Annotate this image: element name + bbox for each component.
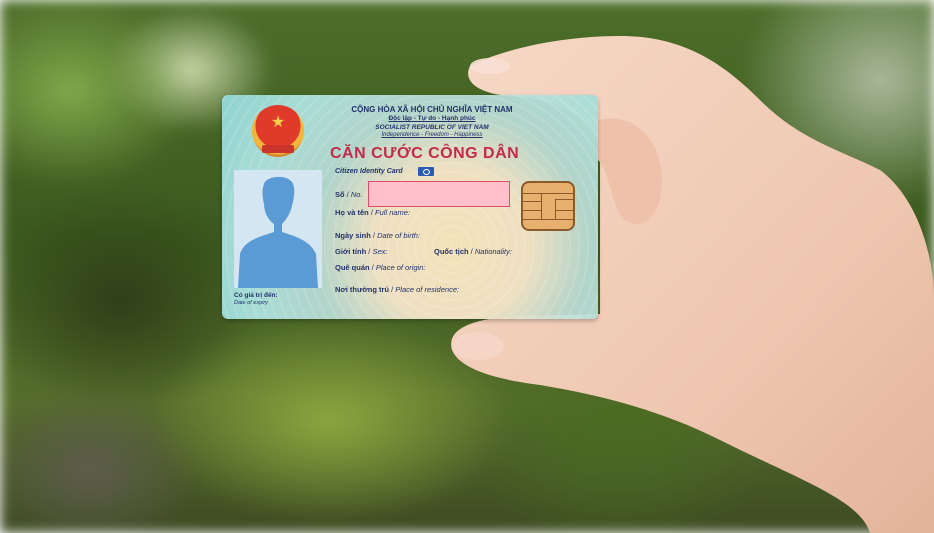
field-date-of-birth: Ngày sinh / Date of birth: <box>335 231 420 240</box>
field-full-name: Họ và tên / Full name: <box>335 208 410 217</box>
smart-chip-icon <box>521 181 575 231</box>
card-subtitle: Citizen Identity Card <box>335 168 403 175</box>
citizen-identity-card: ★ CỘNG HÒA XÃ HỘI CHỦ NGHĨA VIỆT NAM Độc… <box>222 95 598 319</box>
redacted-id-number <box>368 181 510 207</box>
field-place-of-residence: Nơi thường trú / Place of residence: <box>335 285 459 294</box>
field-place-of-origin: Quê quán / Place of origin: <box>335 263 425 272</box>
card-title: CĂN CƯỚC CÔNG DÂN <box>330 145 519 163</box>
nfc-chip-icon <box>418 167 434 176</box>
field-nationality: Quốc tịch / Nationality: <box>434 247 512 256</box>
expiry-label-en: Date of expiry <box>234 300 268 306</box>
country-name-vi: CỘNG HÒA XÃ HỘI CHỦ NGHĨA VIỆT NAM <box>332 105 532 114</box>
motto-en: Independence - Freedom - Happiness <box>332 132 532 138</box>
person-silhouette-icon <box>234 170 322 288</box>
national-emblem-icon: ★ <box>252 105 304 157</box>
motto-vi: Độc lập - Tự do - Hạnh phúc <box>332 115 532 122</box>
field-sex: Giới tính / Sex: <box>335 247 387 256</box>
expiry-label-vi: Có giá trị đến: <box>234 292 278 299</box>
country-name-en: SOCIALIST REPUBLIC OF VIET NAM <box>332 124 532 131</box>
field-number: Số / No. <box>335 190 363 199</box>
portrait-placeholder <box>234 170 322 288</box>
